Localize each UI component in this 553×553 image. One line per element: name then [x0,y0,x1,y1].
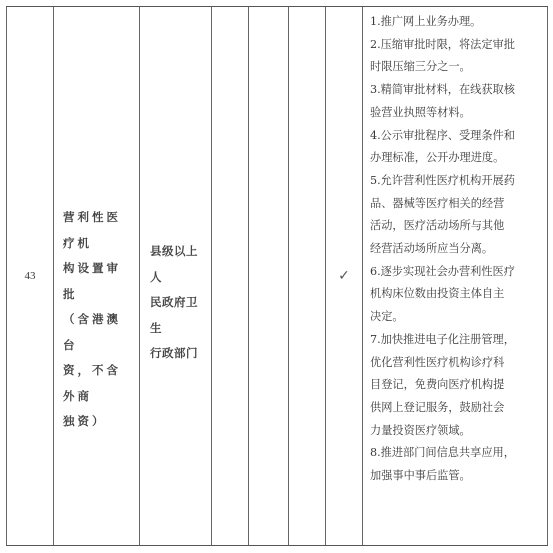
measure-line: 1.推广网上业务办理。 [370,11,543,34]
approval-department: 县级以上人 民政府卫生 行政部门 [150,239,207,367]
cell-item-name: 营利性医疗机 构设置审批 （含港澳台 资，不含外商 独资） [53,7,139,545]
measure-line: 7.加快推进电子化注册管理， [370,329,543,352]
measure-line: 验营业执照等材料。 [370,102,543,125]
cell-empty-4 [211,7,248,545]
row-number: 43 [7,7,53,545]
check-mark-icon: ✓ [326,7,362,545]
measure-line: 办理标准，公开办理进度。 [370,147,543,170]
measure-line: 加强事中事后监管。 [370,465,543,488]
measure-line: 优化营利性医疗机构诊疗科 [370,352,543,375]
cell-check: ✓ [325,7,362,545]
measure-line: 2.压缩审批时限，将法定审批 [370,34,543,57]
measure-line: 4.公示审批程序、受理条件和 [370,125,543,148]
measure-line: 6.逐步实现社会办营利性医疗 [370,261,543,284]
measure-line: 8.推进部门间信息共享应用， [370,442,543,465]
measure-line: 品、器械等医疗相关的经营 [370,193,543,216]
measure-line: 时限压缩三分之一。 [370,56,543,79]
measure-line: 5.允许营利性医疗机构开展药 [370,170,543,193]
cell-department: 县级以上人 民政府卫生 行政部门 [139,7,211,545]
measure-line: 活动，医疗活动场所与其他 [370,215,543,238]
approval-items-table: 43 营利性医疗机 构设置审批 （含港澳台 资，不含外商 独资） 县级以上人 民… [6,6,548,546]
measure-line: 经营活动场所应当分离。 [370,238,543,261]
measure-line: 力量投资医疗领域。 [370,420,543,443]
measure-line: 决定。 [370,306,543,329]
measure-line: 机构床位数由投资主体自主 [370,283,543,306]
cell-empty-5 [248,7,288,545]
item-name: 营利性医疗机 构设置审批 （含港澳台 资，不含外商 独资） [63,205,133,435]
cell-empty-6 [288,7,325,545]
measure-line: 目登记，免费向医疗机构提 [370,374,543,397]
measure-line: 供网上登记服务，鼓励社会 [370,397,543,420]
cell-reform-measures: 1.推广网上业务办理。 2.压缩审批时限，将法定审批 时限压缩三分之一。 3.精… [362,7,548,545]
cell-number: 43 [6,7,53,545]
reform-measures-list: 1.推广网上业务办理。 2.压缩审批时限，将法定审批 时限压缩三分之一。 3.精… [370,11,543,488]
measure-line: 3.精简审批材料，在线获取核 [370,79,543,102]
